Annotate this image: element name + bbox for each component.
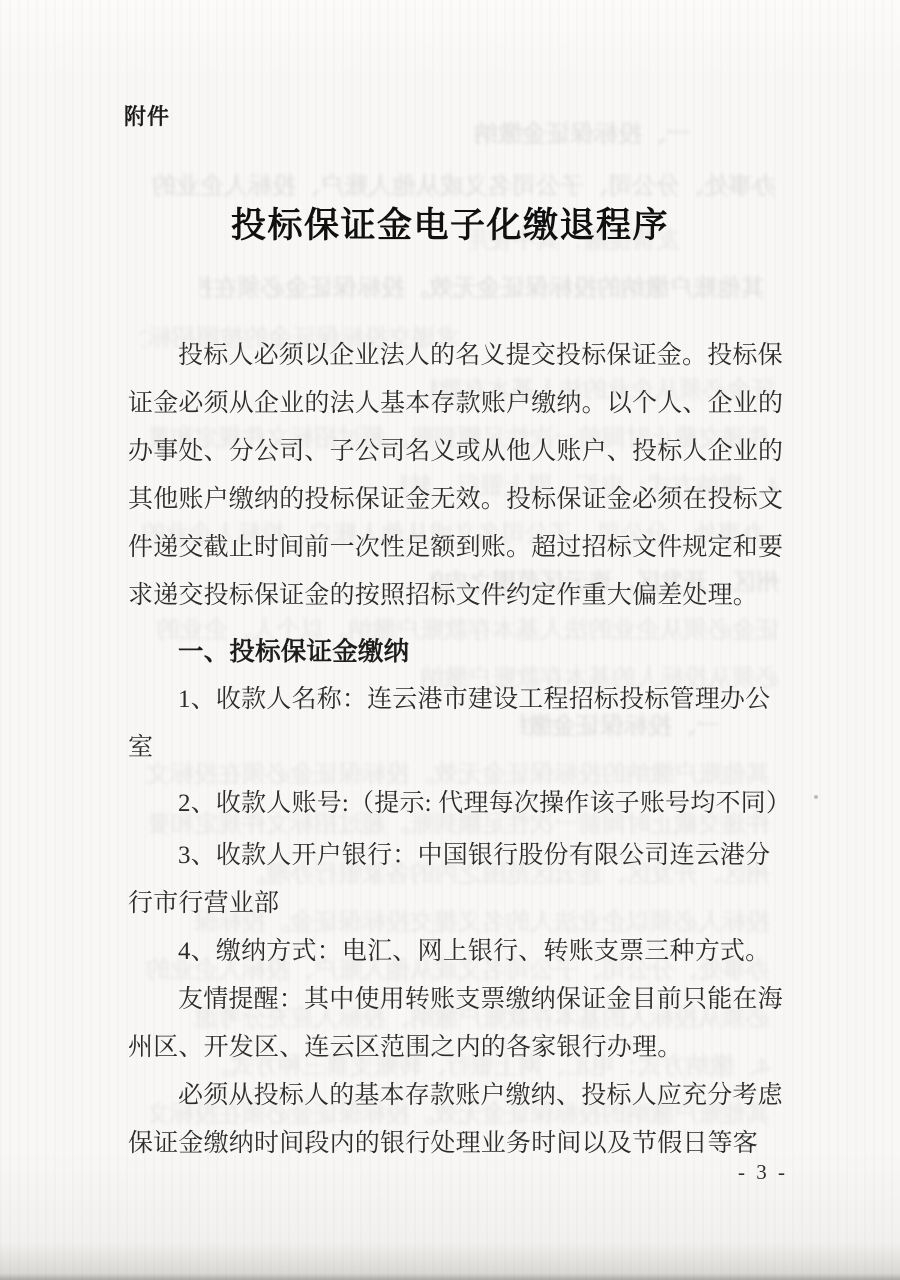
body-line: 其他账户缴纳的投标保证金无效。投标保证金必须在投标文 — [128, 476, 780, 524]
body-line: 室 — [128, 724, 780, 772]
body-line: 件递交截止时间前一次性足额到账。超过招标文件规定和要 — [128, 524, 780, 572]
body-line: 1、收款人名称：连云港市建设工程招标投标管理办公 — [128, 676, 780, 724]
scan-speck — [814, 795, 818, 799]
body-line: 证金必须从企业的法人基本存款账户缴纳。以个人、企业的 — [128, 380, 780, 428]
bleedthrough-line: 办事处、分公司、子公司名义或从他人账户、投标人企业的 — [136, 166, 776, 201]
body-line: 办事处、分公司、子公司名义或从他人账户、投标人企业的 — [128, 428, 780, 476]
bleedthrough-line: 一、投标保证金缴纳 — [440, 114, 690, 149]
body-line: 必须从投标人的基本存款账户缴纳、投标人应充分考虑 — [128, 1072, 780, 1120]
document-page: 一、投标保证金缴纳 办事处、分公司、子公司名义或从他人账户、投标人企业的 友情提… — [0, 0, 900, 1280]
body-line: 求递交投标保证金的按照招标文件约定作重大偏差处理。 — [128, 572, 780, 620]
body-line: 友情提醒：其中使用转账支票缴纳保证金目前只能在海 — [128, 976, 780, 1024]
page-number: - 3 - — [0, 1160, 788, 1185]
body-line: 州区、开发区、连云区范围之内的各家银行办理。 — [128, 1024, 780, 1072]
body-line: 2、收款人账号:（提示: 代理每次操作该子账号均不同） — [128, 780, 780, 828]
document-title: 投标保证金电子化缴退程序 — [0, 198, 900, 248]
body-line: 3、收款人开户银行：中国银行股份有限公司连云港分 — [128, 832, 780, 880]
body-line: 行市行营业部 — [128, 880, 780, 928]
attachment-label: 附件 — [124, 100, 170, 131]
document-body: 投标人必须以企业法人的名义提交投标保证金。投标保 证金必须从企业的法人基本存款账… — [128, 332, 780, 1168]
body-line: 投标人必须以企业法人的名义提交投标保证金。投标保 — [128, 332, 780, 380]
section-heading: 一、投标保证金缴纳 — [128, 628, 780, 676]
body-line: 4、缴纳方式：电汇、网上银行、转账支票三种方式。 — [128, 928, 780, 976]
bleedthrough-line: 其他账户缴纳的投标保证金无效。投标保证金必须在投标文 — [200, 268, 765, 303]
scan-bottom-edge — [0, 1273, 900, 1280]
